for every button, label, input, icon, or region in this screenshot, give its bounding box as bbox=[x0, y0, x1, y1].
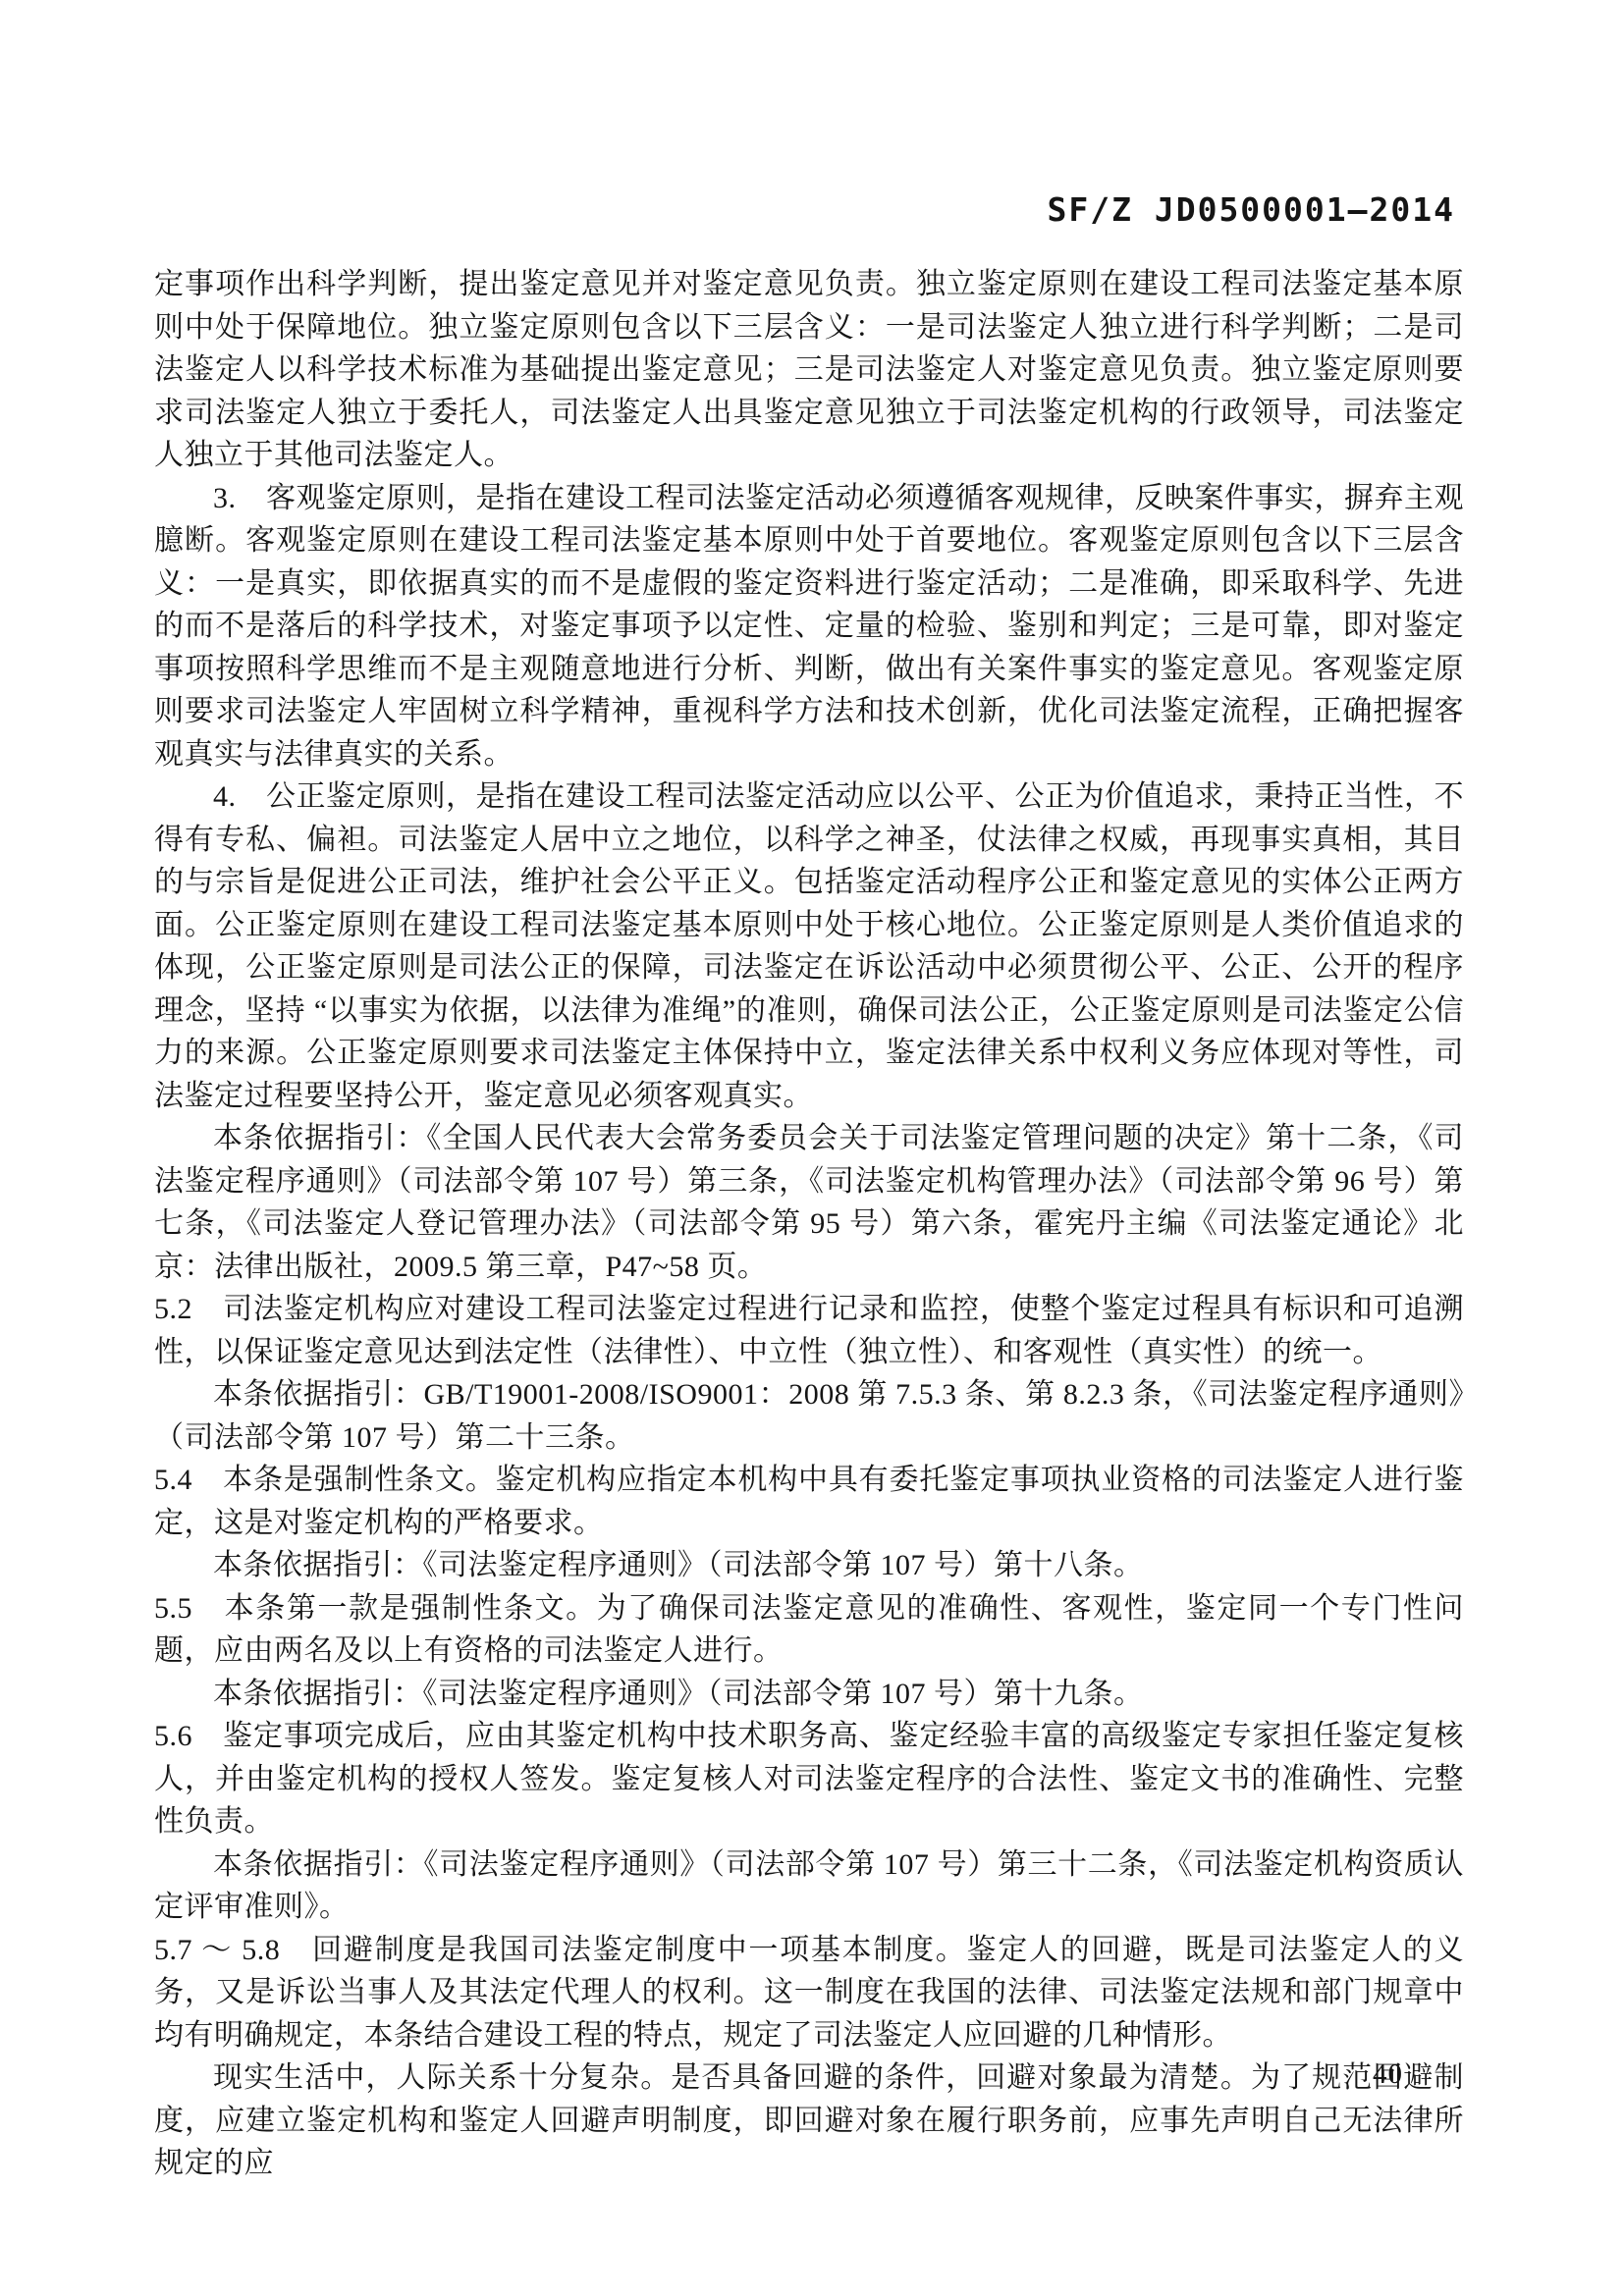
paragraph-item-3: 3. 客观鉴定原则，是指在建设工程司法鉴定活动必须遵循客观规律，反映案件事实，摒… bbox=[154, 477, 1464, 776]
paragraph-reference: 本条依据指引：GB/T19001-2008/ISO9001：2008 第 7.5… bbox=[154, 1373, 1464, 1459]
standard-number-header: SF/Z JD0500001—2014 bbox=[1048, 190, 1456, 229]
paragraph-continuation: 定事项作出科学判断，提出鉴定意见并对鉴定意见负责。独立鉴定原则在建设工程司法鉴定… bbox=[154, 263, 1464, 477]
body-text: 定事项作出科学判断，提出鉴定意见并对鉴定意见负责。独立鉴定原则在建设工程司法鉴定… bbox=[154, 263, 1464, 2185]
paragraph-reference: 本条依据指引：《司法鉴定程序通则》（司法部令第 107 号）第十八条。 bbox=[154, 1544, 1464, 1587]
paragraph-clause-5-7-5-8: 5.7 ～ 5.8 回避制度是我国司法鉴定制度中一项基本制度。鉴定人的回避，既是… bbox=[154, 1929, 1464, 2057]
document-page: SF/Z JD0500001—2014 定事项作出科学判断，提出鉴定意见并对鉴定… bbox=[0, 0, 1624, 2296]
paragraph-clause-5-2: 5.2 司法鉴定机构应对建设工程司法鉴定过程进行记录和监控，使整个鉴定过程具有标… bbox=[154, 1288, 1464, 1373]
paragraph-clause-5-4: 5.4 本条是强制性条文。鉴定机构应指定本机构中具有委托鉴定事项执业资格的司法鉴… bbox=[154, 1459, 1464, 1544]
paragraph-clause-5-5: 5.5 本条第一款是强制性条文。为了确保司法鉴定意见的准确性、客观性，鉴定同一个… bbox=[154, 1587, 1464, 1673]
paragraph-reference: 本条依据指引：《司法鉴定程序通则》（司法部令第 107 号）第十九条。 bbox=[154, 1673, 1464, 1716]
paragraph-reference: 本条依据指引：《全国人民代表大会常务委员会关于司法鉴定管理问题的决定》第十二条，… bbox=[154, 1117, 1464, 1288]
paragraph-body: 现实生活中，人际关系十分复杂。是否具备回避的条件，回避对象最为清楚。为了规范回避… bbox=[154, 2056, 1464, 2185]
page-number: 40 bbox=[1373, 2058, 1403, 2091]
paragraph-reference: 本条依据指引：《司法鉴定程序通则》（司法部令第 107 号）第三十二条，《司法鉴… bbox=[154, 1843, 1464, 1929]
paragraph-clause-5-6: 5.6 鉴定事项完成后，应由其鉴定机构中技术职务高、鉴定经验丰富的高级鉴定专家担… bbox=[154, 1715, 1464, 1843]
paragraph-item-4: 4. 公正鉴定原则，是指在建设工程司法鉴定活动应以公平、公正为价值追求，秉持正当… bbox=[154, 775, 1464, 1117]
